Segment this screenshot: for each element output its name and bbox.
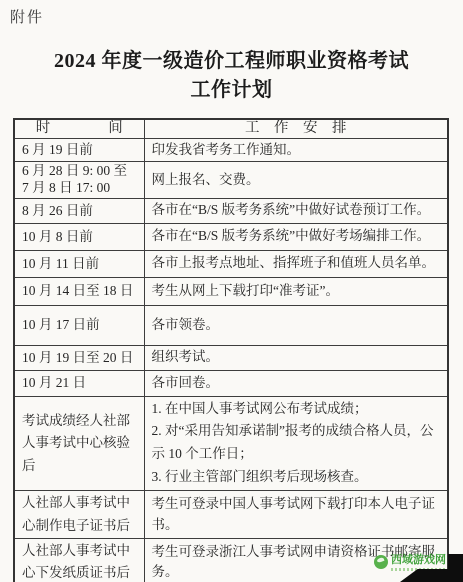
attachment-label: 附件 (10, 6, 44, 27)
work-cell: 印发我省考务工作通知。 (144, 138, 448, 161)
work-cell: 各市领卷。 (144, 305, 448, 345)
page-title-line1: 2024 年度一级造价工程师职业资格考试 (0, 47, 463, 76)
work-cell: 各市在“B/S 版考务系统”中做好考场编排工作。 (144, 223, 448, 250)
page-title: 2024 年度一级造价工程师职业资格考试 工作计划 (0, 47, 463, 105)
table-row: 10 月 21 日 各市回卷。 (14, 370, 448, 396)
time-cell: 6 月 28 日 9: 00 至 7 月 8 日 17: 00 (14, 161, 144, 198)
page-title-line2: 工作计划 (0, 76, 463, 105)
work-cell: 各市回卷。 (144, 370, 448, 396)
table-row: 考试成绩经人社部人事考试中心核验后 1. 在中国人事考试网公布考试成绩； 2. … (14, 396, 448, 491)
time-cell: 人社部人事考试中心制作电子证书后 (14, 491, 144, 539)
time-cell: 人社部人事考试中心下发纸质证书后 (14, 538, 144, 582)
time-cell: 10 月 11 日前 (14, 250, 144, 277)
table-row: 10 月 11 日前 各市上报考点地址、指挥班子和值班人员名单。 (14, 250, 448, 277)
table-row: 6 月 28 日 9: 00 至 7 月 8 日 17: 00 网上报名、交费。 (14, 161, 448, 198)
table-row: 10 月 19 日至 20 日 组织考试。 (14, 345, 448, 370)
table-row: 6 月 19 日前 印发我省考务工作通知。 (14, 138, 448, 161)
header-time: 时 间 (14, 119, 144, 138)
time-cell: 10 月 8 日前 (14, 223, 144, 250)
header-work: 工 作 安 排 (144, 119, 448, 138)
work-cell: 网上报名、交费。 (144, 161, 448, 198)
table-row: 10 月 14 日至 18 日 考生从网上下载打印“准考证”。 (14, 277, 448, 305)
work-cell: 各市在“B/S 版考务系统”中做好试卷预订工作。 (144, 198, 448, 223)
time-cell: 6 月 19 日前 (14, 138, 144, 161)
time-cell: 10 月 19 日至 20 日 (14, 345, 144, 370)
table-row: 10 月 17 日前 各市领卷。 (14, 305, 448, 345)
table-row: 10 月 8 日前 各市在“B/S 版考务系统”中做好考场编排工作。 (14, 223, 448, 250)
work-cell: 考生从网上下载打印“准考证”。 (144, 277, 448, 305)
time-cell: 考试成绩经人社部人事考试中心核验后 (14, 396, 144, 491)
scan-artifact-corner (448, 554, 463, 582)
watermark-badge: 西域游戏网 (374, 554, 446, 571)
table-row: 人社部人事考试中心制作电子证书后 考生可登录中国人事考试网下载打印本人电子证书。 (14, 491, 448, 539)
time-cell: 10 月 14 日至 18 日 (14, 277, 144, 305)
time-cell: 10 月 17 日前 (14, 305, 144, 345)
table-header-row: 时 间 工 作 安 排 (14, 119, 448, 138)
work-plan-table: 时 间 工 作 安 排 6 月 19 日前 印发我省考务工作通知。 6 月 28… (13, 118, 449, 582)
work-cell: 各市上报考点地址、指挥班子和值班人员名单。 (144, 250, 448, 277)
work-cell: 组织考试。 (144, 345, 448, 370)
time-cell: 8 月 26 日前 (14, 198, 144, 223)
work-cell: 1. 在中国人事考试网公布考试成绩； 2. 对“采用告知承诺制”报考的成绩合格人… (144, 396, 448, 491)
site-logo-icon (374, 555, 388, 569)
table-row: 8 月 26 日前 各市在“B/S 版考务系统”中做好试卷预订工作。 (14, 198, 448, 223)
time-cell: 10 月 21 日 (14, 370, 144, 396)
watermark-site-name: 西域游戏网 (391, 554, 446, 566)
work-cell: 考生可登录中国人事考试网下载打印本人电子证书。 (144, 491, 448, 539)
